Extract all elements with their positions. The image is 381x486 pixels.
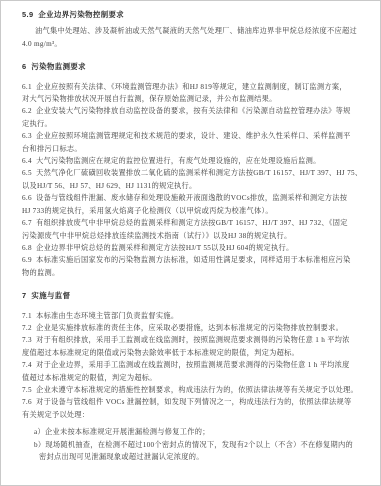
- text-line: 定执行。: [22, 118, 362, 130]
- text-line: 7.4 对于企业边界，采用手工监测或在线监测时，按照监测规范要求测得的污染物任意…: [22, 359, 362, 371]
- text-line: 值超过本标准规定的限值，判定为超标。: [22, 372, 362, 384]
- text-line: 5.9 企业边界污染物控制要求: [22, 9, 362, 21]
- section-heading-5-9: 5.9 企业边界污染物控制要求: [22, 9, 362, 21]
- text-line: 物的监测。: [22, 267, 362, 279]
- document-page: 5.9 企业边界污染物控制要求油气集中处理站、涉及凝析油或天然气凝液的天然气处理…: [0, 0, 381, 486]
- text-line: 7.2 企业是实施排放标准的责任主体，应采取必要措施，达到本标准规定的污染物排放…: [22, 322, 362, 334]
- paragraph-6-7: 6.7 有组织排放废气中非甲烷总烃的监测采样和测定方法按GB/T 16157、H…: [22, 217, 362, 242]
- text-line: 6.4 大气污染物监测应在规定的监控位置进行，有废气处理设施的，应在处理设施后监…: [22, 155, 362, 167]
- text-line: 6.5 天然气净化厂硫磺回收装置排放二氧化硫的监测采样和测定方法按GB/T 16…: [22, 167, 362, 179]
- paragraph-7-4: 7.4 对于企业边界，采用手工监测或在线监测时，按照监测规范要求测得的污染物任意…: [22, 359, 362, 384]
- text-line: 6.3 企业应按照环境监测管理规定和技术规范的要求，设计、建设、维护永久性采样口…: [22, 130, 362, 142]
- paragraph-6-8: 6.8 企业边界非甲烷总烃的监测采样和测定方法按HJ/T 55以及HJ 604的…: [22, 242, 362, 254]
- paragraph-6-3: 6.3 企业应按照环境监测管理规定和技术规范的要求，设计、建设、维护永久性采样口…: [22, 130, 362, 155]
- paragraph-6-1: 6.1 企业应按照有关法律、《环境监测管理办法》和HJ 819等规定，建立监测制…: [22, 81, 362, 106]
- section-heading-6: 6 污染物监测要求: [22, 61, 362, 73]
- text-line: 对大气污染物排放状况开展自行监测，保存原始监测记录，并公布监测结果。: [22, 93, 362, 105]
- text-line: 6.6 设备与管线组件泄漏、废水储存和处理设施敞开液面逸散的VOCs排放，监测采…: [22, 192, 362, 204]
- paragraph-6-5: 6.5 天然气净化厂硫磺回收装置排放二氧化硫的监测采样和测定方法按GB/T 16…: [22, 167, 362, 192]
- text-line: 6.7 有组织排放废气中非甲烷总烃的监测采样和测定方法按GB/T 16157、H…: [22, 217, 362, 229]
- text-line: 6.9 本标准实施后国家发布的污染物监测方法标准，如适用性满足要求，同样适用于本…: [22, 254, 362, 266]
- text-line: 6.2 企业安装大气污染物排放自动监控设备的要求，按有关法律和《污染源自动监控管…: [22, 105, 362, 117]
- paragraph-5-9-body: 油气集中处理站、涉及凝析油或天然气凝液的天然气处理厂、储油库边界非甲烷总烃浓度不…: [22, 25, 362, 50]
- paragraph-6-6: 6.6 设备与管线组件泄漏、废水储存和处理设施敞开液面逸散的VOCs排放，监测采…: [22, 192, 362, 217]
- text-line: HJ 733的规定执行，采用氢火焰离子化检测仪（以甲烷或丙烷为校准气体）。: [22, 205, 362, 217]
- text-line: 6.8 企业边界非甲烷总烃的监测采样和测定方法按HJ/T 55以及HJ 604的…: [22, 242, 362, 254]
- document-body: 5.9 企业边界污染物控制要求油气集中处理站、涉及凝析油或天然气凝液的天然气处理…: [22, 9, 362, 463]
- text-line: 6.1 企业应按照有关法律、《环境监测管理办法》和HJ 819等规定，建立监测制…: [22, 81, 362, 93]
- text-line: 有关规定予以处理：: [22, 409, 362, 421]
- text-line: 7.6 对于设备与管线组件 VOCs 泄漏控制，如发现下列情况之一，构成违法行为…: [22, 396, 362, 408]
- text-line: 6 污染物监测要求: [22, 61, 362, 73]
- text-line: 4.0 mg/m³。: [22, 38, 362, 50]
- text-line: 油气集中处理站、涉及凝析油或天然气凝液的天然气处理厂、储油库边界非甲烷总烃浓度不…: [22, 25, 362, 37]
- paragraph-7-3: 7.3 对于有组织排放，采用手工监测或在线监测时，按照监测规范要求测得的污染物任…: [22, 334, 362, 359]
- text-line: 度值超过本标准规定的限值或污染物去除效率低于本标准规定的限值，判定为超标。: [22, 347, 362, 359]
- text-line: 7.3 对于有组织排放，采用手工监测或在线监测时，按照监测规范要求测得的污染物任…: [22, 334, 362, 346]
- text-line: 7.5 企业未遵守本标准规定的措施性控制要求，构成违法行为的，依照法律法规等有关…: [22, 384, 362, 396]
- text-line: a）企业未按本标准规定开展泄漏检测与修复工作的；: [34, 426, 362, 438]
- paragraph-7-1: 7.1 本标准由生态环境主管部门负责监督实施。: [22, 310, 362, 322]
- section-heading-7: 7 实施与监督: [22, 290, 362, 302]
- text-line: b）现场随机抽查，在检测不超过100个密封点的情况下，发现有2个以上（不含）不在…: [34, 439, 362, 451]
- paragraph-6-9: 6.9 本标准实施后国家发布的污染物监测方法标准，如适用性满足要求，同样适用于本…: [22, 254, 362, 279]
- list-item-b: b）现场随机抽查，在检测不超过100个密封点的情况下，发现有2个以上（不含）不在…: [22, 439, 362, 464]
- text-line: 7 实施与监督: [22, 290, 362, 302]
- text-line: 污染源废气中非甲烷总烃排放连续监测技术指南（试行）》以及HJ 38的规定执行。: [22, 230, 362, 242]
- paragraph-7-6: 7.6 对于设备与管线组件 VOCs 泄漏控制，如发现下列情况之一，构成违法行为…: [22, 396, 362, 421]
- text-line: 以及HJ/T 56、HJ 57、HJ 629、HJ 1131的规定执行。: [22, 180, 362, 192]
- paragraph-7-5: 7.5 企业未遵守本标准规定的措施性控制要求，构成违法行为的，依照法律法规等有关…: [22, 384, 362, 396]
- paragraph-6-2: 6.2 企业安装大气污染物排放自动监控设备的要求，按有关法律和《污染源自动监控管…: [22, 105, 362, 130]
- list-item-a: a）企业未按本标准规定开展泄漏检测与修复工作的；: [22, 426, 362, 438]
- paragraph-6-4: 6.4 大气污染物监测应在规定的监控位置进行，有废气处理设施的，应在处理设施后监…: [22, 155, 362, 167]
- text-line: 台和排污口标志。: [22, 143, 362, 155]
- paragraph-7-2: 7.2 企业是实施排放标准的责任主体，应采取必要措施，达到本标准规定的污染物排放…: [22, 322, 362, 334]
- text-line: 密封点出现可见泄漏现象或超过泄漏认定浓度的。: [39, 451, 362, 463]
- text-line: 7.1 本标准由生态环境主管部门负责监督实施。: [22, 310, 362, 322]
